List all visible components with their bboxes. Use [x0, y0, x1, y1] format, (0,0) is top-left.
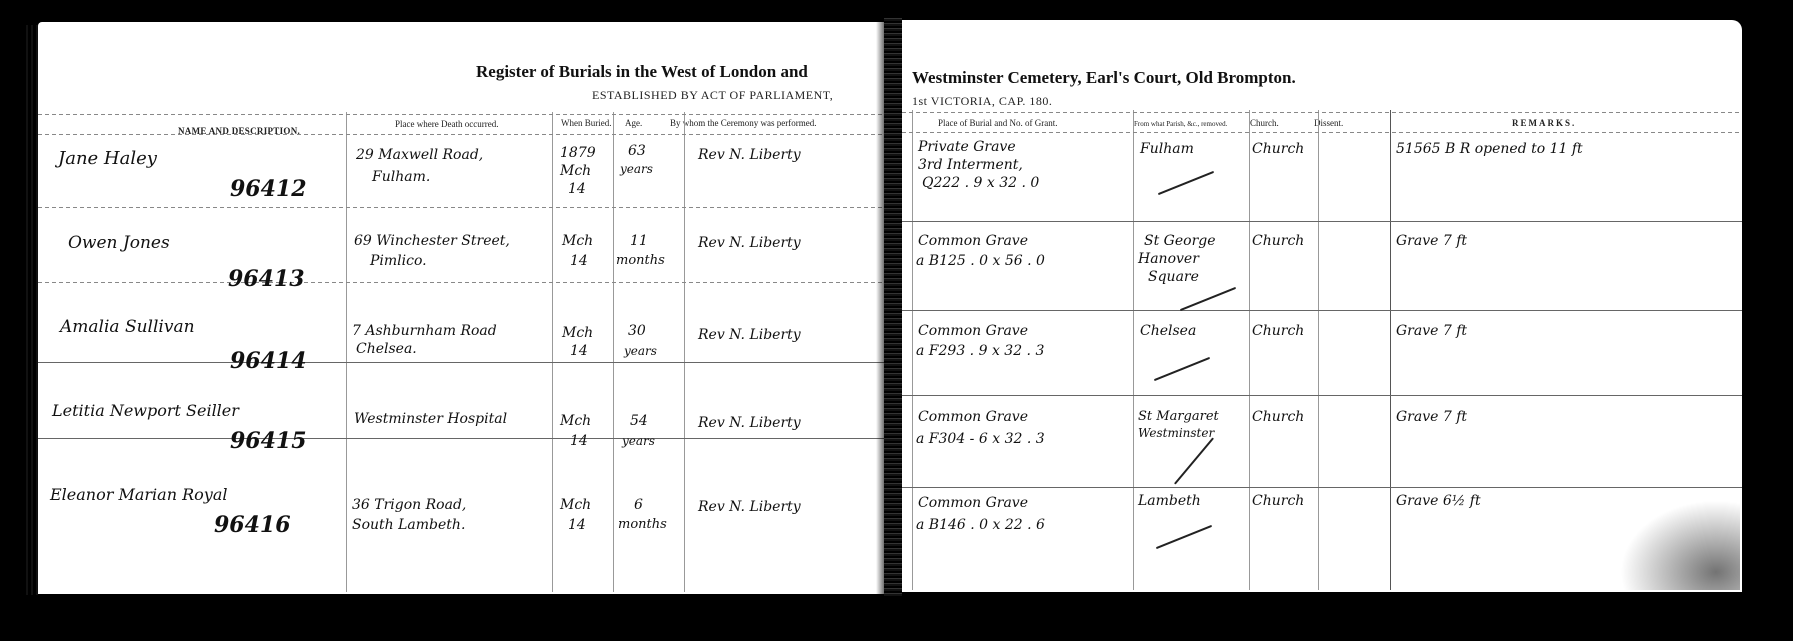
column-header-place-of-death: Place where Death occurred.: [395, 119, 498, 129]
entry-age-unit: years: [622, 432, 655, 450]
entry-age-unit: months: [616, 252, 665, 270]
row-divider: [38, 362, 884, 363]
entry-burial-day: 14: [570, 252, 588, 270]
check-mark: [1156, 525, 1212, 549]
check-mark: [1174, 437, 1214, 484]
entry-name: Amalia Sullivan: [60, 318, 195, 336]
entry-remarks: Grave 7 ft: [1396, 408, 1467, 426]
entry-place-of-burial: 3rd Interment,: [918, 156, 1023, 174]
register-subtitle: ESTABLISHED BY ACT OF PARLIAMENT,: [592, 88, 833, 103]
entry-age-unit: years: [624, 342, 657, 360]
entry-place-of-death: South Lambeth.: [352, 516, 465, 534]
entry-name: Letitia Newport Seiller: [52, 402, 239, 420]
row-divider: [902, 395, 1742, 396]
entry-age: 54: [630, 412, 648, 430]
entry-remarks: Grave 7 ft: [1396, 322, 1467, 340]
entry-burial-month: Mch: [562, 232, 593, 250]
column-divider: [552, 112, 553, 592]
column-divider: [912, 110, 913, 590]
scan-noise: [1620, 500, 1740, 590]
entry-place-of-death: Westminster Hospital: [354, 410, 507, 428]
cemetery-subtitle: 1st VICTORIA, CAP. 180.: [912, 94, 1052, 109]
entry-number: 96415: [230, 432, 307, 450]
entry-parish: Fulham: [1140, 140, 1194, 158]
entry-burial-month: Mch: [560, 496, 591, 514]
entry-place-of-death: 36 Trigon Road,: [352, 496, 466, 514]
entry-church: Church: [1252, 232, 1304, 250]
entry-age: 11: [630, 232, 648, 250]
entry-age-unit: months: [618, 516, 667, 534]
register-right-page: Westminster Cemetery, Earl's Court, Old …: [902, 20, 1742, 592]
row-divider: [902, 221, 1742, 222]
entry-parish: Chelsea: [1140, 322, 1196, 340]
row-divider: [38, 207, 884, 208]
entry-place-of-burial: Common Grave: [918, 408, 1028, 426]
entry-burial-day: 14: [570, 432, 588, 450]
header-rule: [38, 114, 884, 115]
entry-officiant: Rev N. Liberty: [698, 326, 801, 344]
column-header-officiant: By whom the Ceremony was performed.: [670, 118, 816, 128]
entry-place-of-death: 29 Maxwell Road,: [356, 146, 483, 164]
entry-age: 6: [634, 496, 643, 514]
binding-edge: [31, 25, 33, 595]
entry-place-of-burial: Common Grave: [918, 322, 1028, 340]
entry-church: Church: [1252, 322, 1304, 340]
entry-remarks: Grave 7 ft: [1396, 232, 1467, 250]
entry-number: 96416: [214, 516, 291, 534]
header-rule: [38, 134, 884, 135]
row-divider: [902, 487, 1742, 488]
row-divider: [902, 310, 1742, 311]
entry-burial-day: 14: [568, 516, 586, 534]
check-mark: [1154, 357, 1210, 381]
entry-parish: Westminster: [1138, 424, 1214, 442]
entry-place-of-burial: Private Grave: [918, 138, 1016, 156]
column-divider: [1133, 110, 1134, 590]
entry-age-unit: years: [620, 160, 653, 178]
row-divider: [38, 438, 884, 439]
column-divider: [1249, 110, 1250, 590]
entry-name: Jane Haley: [58, 150, 157, 168]
entry-parish: Lambeth: [1138, 492, 1201, 510]
entry-burial-day: 14: [570, 342, 588, 360]
entry-parish: St George: [1144, 232, 1216, 250]
entry-grant-number: Q222 . 9 x 32 . 0: [922, 174, 1039, 192]
entry-burial-day: 14: [568, 180, 586, 198]
entry-place-of-death: 69 Winchester Street,: [354, 232, 510, 250]
entry-grant-number: a F293 . 9 x 32 . 3: [916, 342, 1044, 360]
row-divider: [38, 282, 884, 283]
entry-officiant: Rev N. Liberty: [698, 414, 801, 432]
entry-number: 96414: [230, 352, 307, 370]
entry-number: 96413: [228, 270, 305, 288]
register-left-page: Register of Burials in the West of Londo…: [38, 22, 884, 594]
book-spine: [884, 18, 902, 596]
entry-officiant: Rev N. Liberty: [698, 146, 801, 164]
column-divider: [346, 112, 347, 592]
entry-grant-number: a B125 . 0 x 56 . 0: [916, 252, 1045, 270]
entry-remarks: Grave 6½ ft: [1396, 492, 1481, 510]
entry-age: 63: [628, 142, 646, 160]
entry-parish: Square: [1148, 268, 1199, 286]
entry-place-of-burial: Common Grave: [918, 232, 1028, 250]
entry-grant-number: a F304 - 6 x 32 . 3: [916, 430, 1045, 448]
entry-name: Owen Jones: [68, 234, 170, 252]
column-divider: [684, 112, 685, 592]
register-title: Register of Burials in the West of Londo…: [476, 62, 808, 82]
header-rule: [902, 132, 1742, 133]
header-rule: [902, 112, 1742, 113]
entry-burial-month: Mch: [562, 324, 593, 342]
entry-grant-number: a B146 . 0 x 22 . 6: [916, 516, 1045, 534]
check-mark: [1158, 171, 1214, 195]
column-header-parish: From what Parish, &c., removed.: [1134, 120, 1227, 128]
entry-officiant: Rev N. Liberty: [698, 234, 801, 252]
entry-name: Eleanor Marian Royal: [50, 486, 227, 504]
column-divider: [1390, 110, 1391, 590]
entry-place-of-death: 7 Ashburnham Road: [352, 322, 497, 340]
column-header-when-buried: When Buried.: [561, 118, 611, 128]
entry-place-of-burial: Common Grave: [918, 494, 1028, 512]
entry-burial-month: Mch: [560, 412, 591, 430]
entry-church: Church: [1252, 408, 1304, 426]
entry-church: Church: [1252, 492, 1304, 510]
entry-number: 96412: [230, 180, 307, 198]
entry-officiant: Rev N. Liberty: [698, 498, 801, 516]
entry-place-of-death: Fulham.: [372, 168, 430, 186]
check-mark: [1180, 287, 1236, 311]
entry-place-of-death: Chelsea.: [356, 340, 417, 358]
column-divider: [613, 112, 614, 592]
entry-place-of-death: Pimlico.: [370, 252, 427, 270]
cemetery-title: Westminster Cemetery, Earl's Court, Old …: [912, 68, 1296, 88]
column-header-church: Church.: [1250, 118, 1279, 128]
entry-burial-year: 1879: [560, 144, 596, 162]
entry-remarks: 51565 B R opened to 11 ft: [1396, 140, 1583, 158]
entry-age: 30: [628, 322, 646, 340]
column-header-place-of-burial: Place of Burial and No. of Grant.: [938, 118, 1057, 128]
entry-church: Church: [1252, 140, 1304, 158]
binding-edge: [26, 25, 28, 595]
column-header-age: Age.: [625, 118, 642, 128]
column-header-remarks: REMARKS.: [1512, 118, 1576, 128]
entry-parish: Hanover: [1138, 250, 1199, 268]
column-divider: [1318, 110, 1319, 590]
entry-burial-month: Mch: [560, 162, 591, 180]
